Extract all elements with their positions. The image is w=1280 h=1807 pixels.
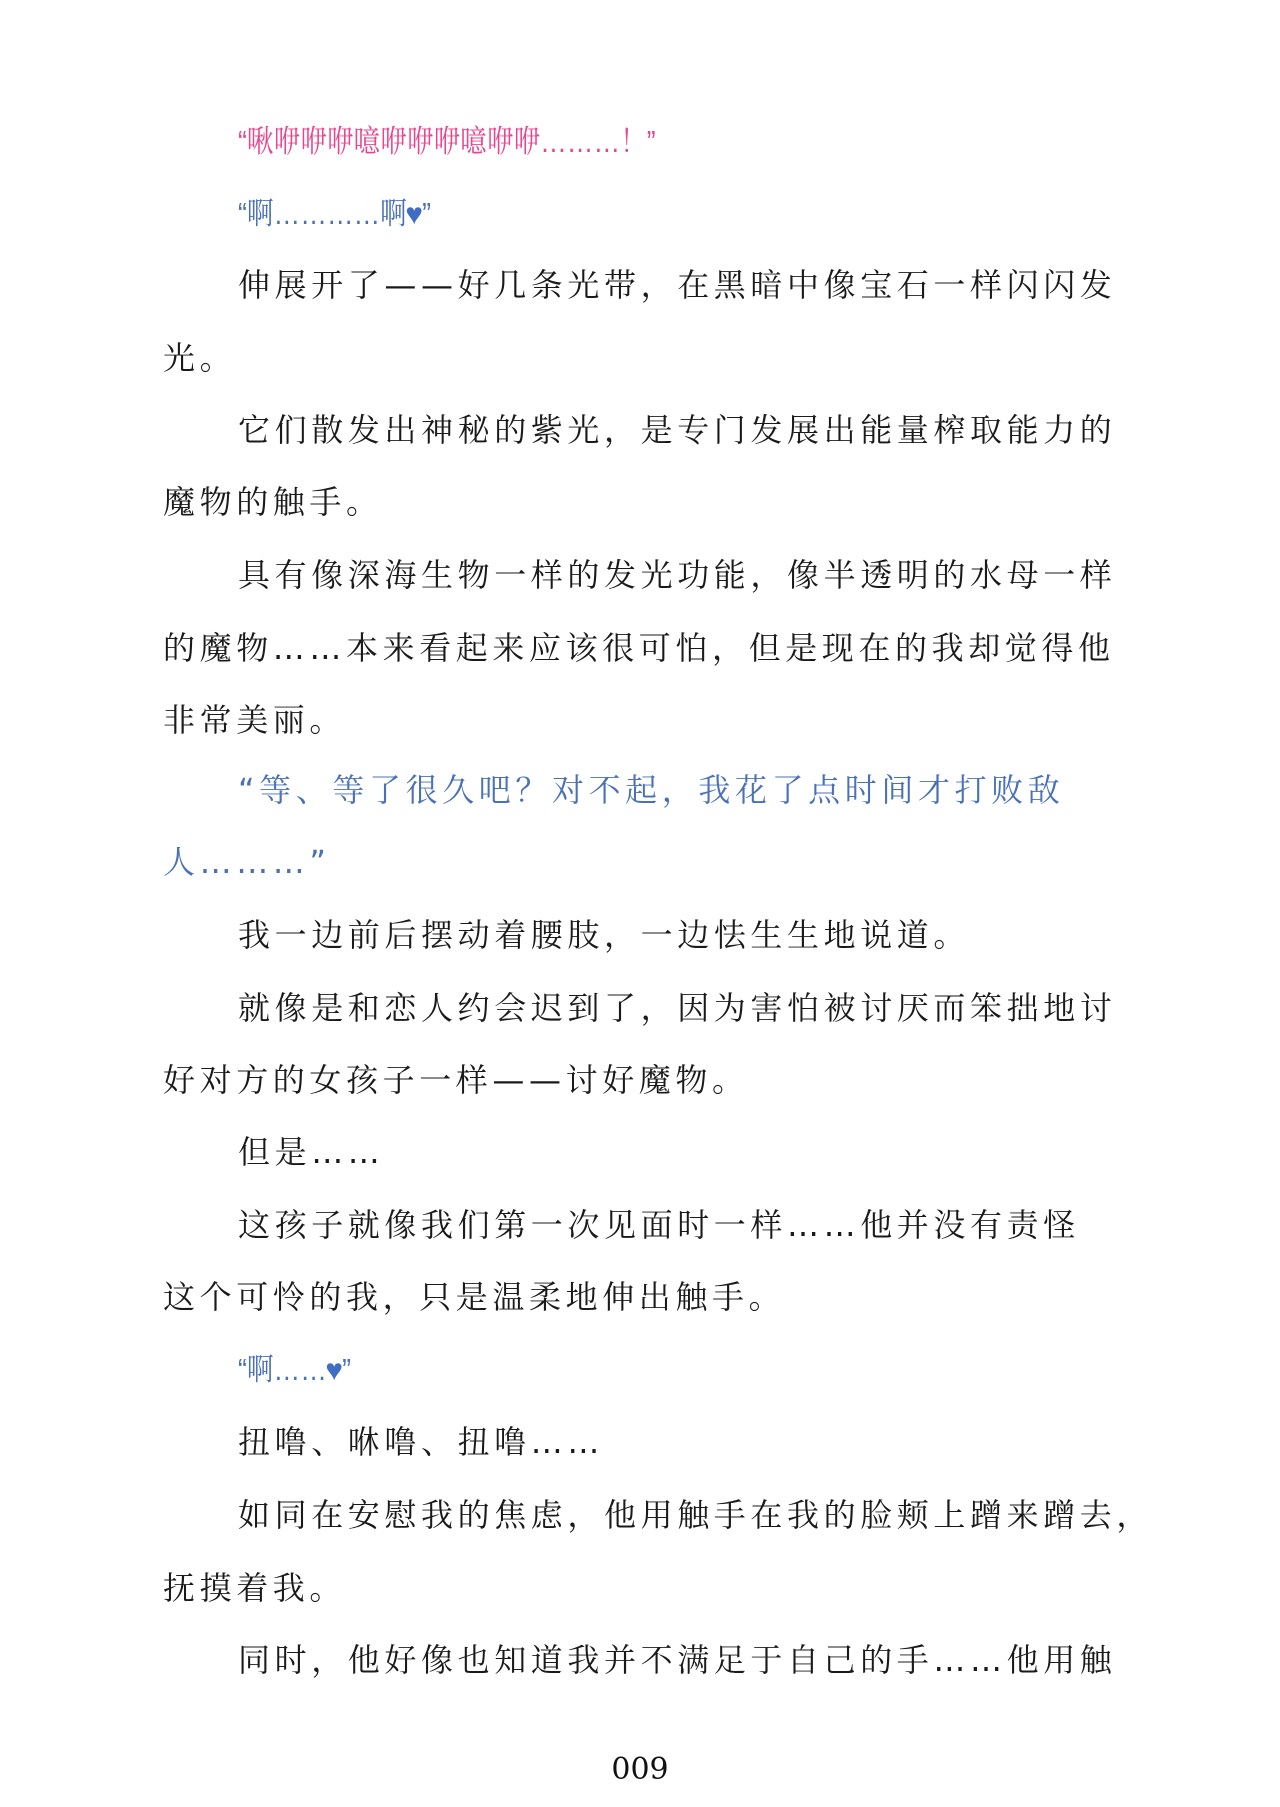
paragraph-line: 它们散发出神秘的紫光，是专门发展出能量榨取能力的 xyxy=(238,408,1198,452)
paragraph-line: 好对方的女孩子一样——讨好魔物。 xyxy=(163,1058,1123,1102)
paragraph-line: 伸展开了——好几条光带，在黑暗中像宝石一样闪闪发 xyxy=(238,263,1198,307)
page-number: 009 xyxy=(0,1752,1280,1787)
paragraph-line: 就像是和恋人约会迟到了，因为害怕被讨厌而笨拙地讨 xyxy=(238,986,1198,1030)
paragraph-line: 光。 xyxy=(163,336,1123,380)
paragraph-line: 但是…… xyxy=(238,1130,1198,1174)
sfx-text: “啊…………啊 xyxy=(238,196,407,231)
paragraph-line: 具有像深海生物一样的发光功能，像半透明的水母一样 xyxy=(238,553,1198,597)
paragraph-line: 抚摸着我。 xyxy=(163,1566,1123,1610)
paragraph-line: 扭噜、咻噜、扭噜…… xyxy=(238,1420,1198,1464)
paragraph-line: 我一边前后摆动着腰肢，一边怯生生地说道。 xyxy=(238,913,1198,957)
sfx-text: “啊…… xyxy=(238,1352,327,1387)
sfx-closing-quote: ” xyxy=(342,1352,351,1387)
blue-sound-effect-line: “啊…………啊♥” xyxy=(238,192,1064,236)
heart-icon: ♥ xyxy=(326,1349,344,1393)
dialogue-line: “等、等了很久吧？对不起，我花了点时间才打败敌 xyxy=(238,768,1198,812)
paragraph-line: 这孩子就像我们第一次见面时一样……他并没有责怪 xyxy=(238,1203,1198,1247)
sfx-closing-quote: ” xyxy=(422,196,431,231)
paragraph-line: 如同在安慰我的焦虑，他用触手在我的脸颊上蹭来蹭去， xyxy=(238,1493,1198,1537)
paragraph-line: 魔物的触手。 xyxy=(163,480,1123,524)
pink-sound-effect-line: “啾咿咿咿噫咿咿咿噫咿咿………！” xyxy=(238,120,1064,164)
heart-icon: ♥ xyxy=(406,193,424,237)
book-page: “啾咿咿咿噫咿咿咿噫咿咿………！” “啊…………啊♥” 伸展开了——好几条光带，… xyxy=(0,0,1280,1807)
blue-sound-effect-line: “啊……♥” xyxy=(238,1348,1064,1392)
paragraph-line: 的魔物……本来看起来应该很可怕，但是现在的我却觉得他 xyxy=(163,626,1123,670)
paragraph-line: 同时，他好像也知道我并不满足于自己的手……他用触 xyxy=(238,1638,1198,1682)
paragraph-line: 非常美丽。 xyxy=(163,698,1123,742)
paragraph-line: 这个可怜的我，只是温柔地伸出触手。 xyxy=(163,1275,1123,1319)
dialogue-line: 人………” xyxy=(163,840,1123,884)
